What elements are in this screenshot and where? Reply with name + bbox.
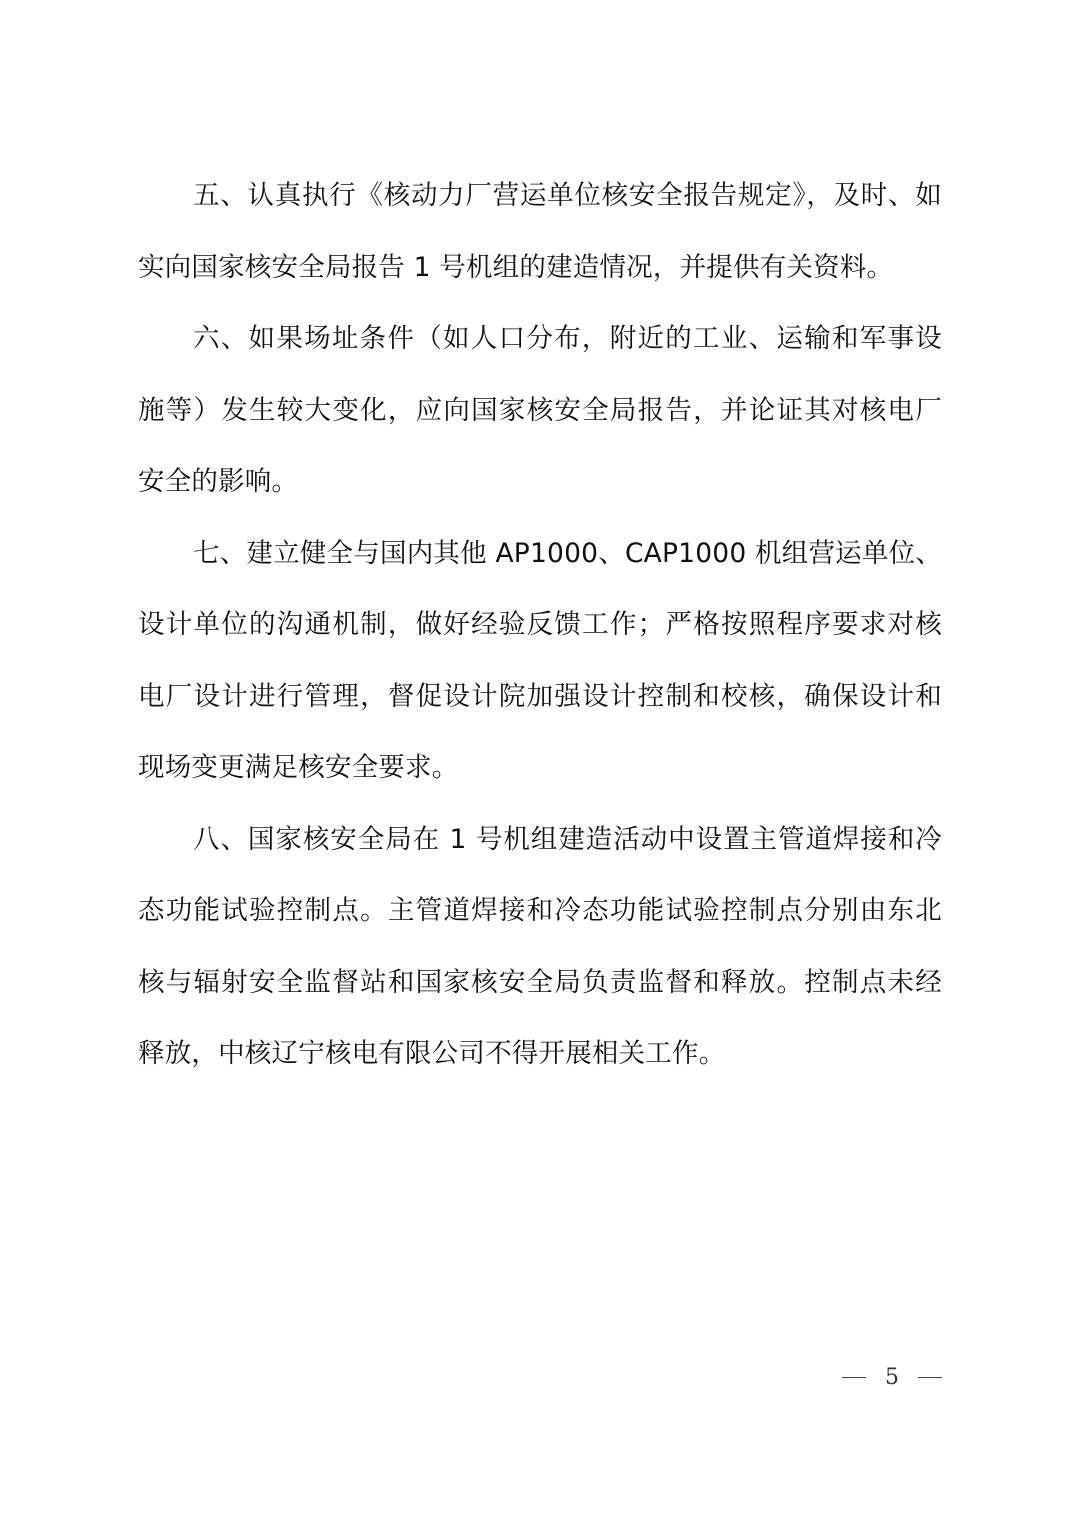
paragraph-line: 现场变更满足核安全要求。 xyxy=(138,732,942,804)
paragraph-item-five: 五、认真执行《核动力厂营运单位核安全报告规定》，及时、如 实向国家核安全局报告 … xyxy=(138,160,942,303)
paragraph-line: 施等）发生较大变化，应向国家核安全局报告，并论证其对核电厂 xyxy=(138,375,942,447)
paragraph-line: 七、建立健全与国内其他 AP1000、CAP1000 机组营运单位、 xyxy=(138,518,942,590)
paragraph-item-seven: 七、建立健全与国内其他 AP1000、CAP1000 机组营运单位、 设计单位的… xyxy=(138,518,942,804)
paragraph-line: 六、如果场址条件（如人口分布，附近的工业、运输和军事设 xyxy=(138,303,942,375)
paragraph-item-six: 六、如果场址条件（如人口分布，附近的工业、运输和军事设 施等）发生较大变化，应向… xyxy=(138,303,942,518)
paragraph-line: 八、国家核安全局在 1 号机组建造活动中设置主管道焊接和冷 xyxy=(138,804,942,876)
document-page: 五、认真执行《核动力厂营运单位核安全报告规定》，及时、如 实向国家核安全局报告 … xyxy=(0,0,1080,1527)
dash-right-icon xyxy=(918,1377,942,1378)
dash-left-icon xyxy=(842,1377,866,1378)
paragraph-line: 五、认真执行《核动力厂营运单位核安全报告规定》，及时、如 xyxy=(138,160,942,232)
paragraph-item-eight: 八、国家核安全局在 1 号机组建造活动中设置主管道焊接和冷 态功能试验控制点。主… xyxy=(138,804,942,1090)
document-body: 五、认真执行《核动力厂营运单位核安全报告规定》，及时、如 实向国家核安全局报告 … xyxy=(138,160,942,1090)
paragraph-line: 电厂设计进行管理，督促设计院加强设计控制和校核，确保设计和 xyxy=(138,661,942,733)
paragraph-line: 实向国家核安全局报告 1 号机组的建造情况，并提供有关资料。 xyxy=(138,232,942,304)
paragraph-line: 设计单位的沟通机制，做好经验反馈工作；严格按照程序要求对核 xyxy=(138,589,942,661)
paragraph-line: 安全的影响。 xyxy=(138,446,942,518)
paragraph-line: 态功能试验控制点。主管道焊接和冷态功能试验控制点分别由东北 xyxy=(138,875,942,947)
page-number-value: 5 xyxy=(885,1365,899,1390)
paragraph-line: 释放，中核辽宁核电有限公司不得开展相关工作。 xyxy=(138,1018,942,1090)
paragraph-line: 核与辐射安全监督站和国家核安全局负责监督和释放。控制点未经 xyxy=(138,947,942,1019)
page-number: 5 xyxy=(842,1362,942,1392)
